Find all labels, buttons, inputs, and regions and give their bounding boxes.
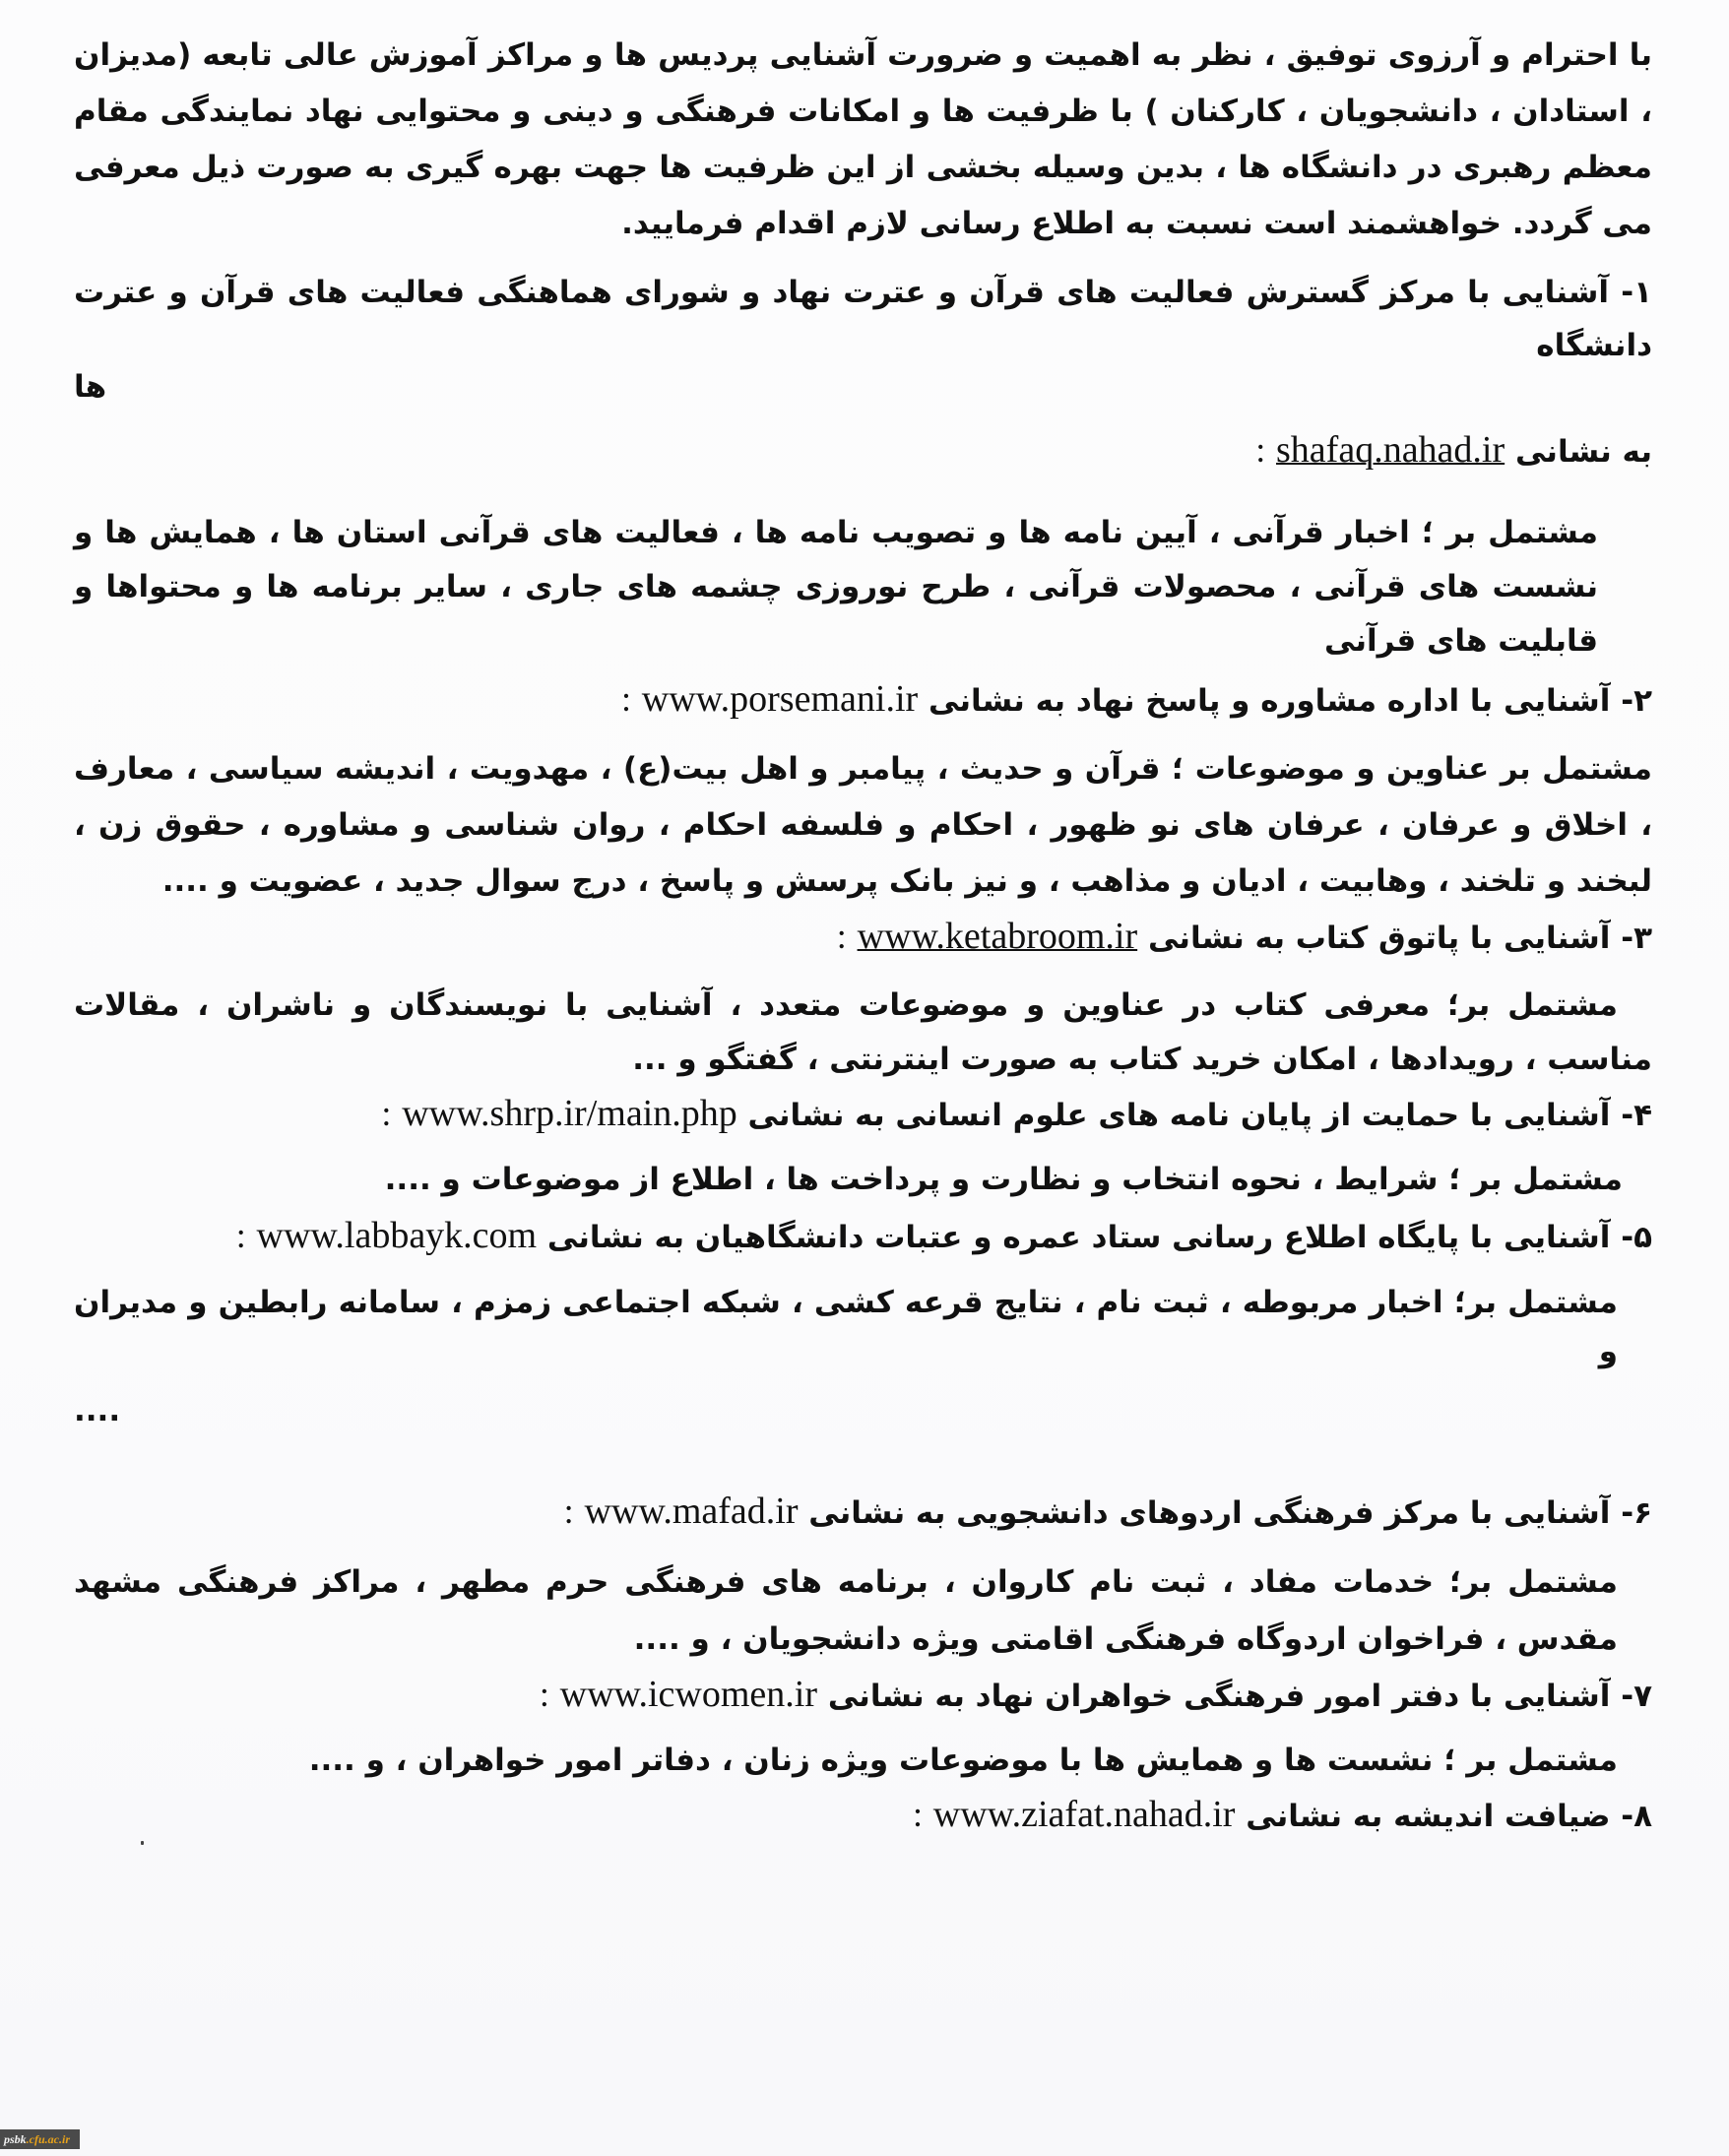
colon: : (913, 1795, 923, 1834)
intro-paragraph: با احترام و آرزوی توفیق ، نظر به اهمیت و… (74, 28, 1652, 252)
watermark-part-2: .cfu.ac.ir (27, 2132, 70, 2146)
url-link[interactable]: www.icwomen.ir (560, 1668, 817, 1721)
item-title: ضیافت اندیشه به نشانی (1246, 1799, 1610, 1834)
item-1-address: به نشانی shafaq.nahad.ir : (74, 423, 1652, 478)
url-link[interactable]: www.shrp.ir/main.php (402, 1087, 737, 1140)
url-link[interactable]: shafaq.nahad.ir (1276, 423, 1505, 476)
item-3-description: مشتمل بر؛ معرفی کتاب در عناوین و موضوعات… (74, 979, 1652, 1087)
item-1-title-tail: ها (74, 360, 1652, 413)
colon: : (236, 1216, 246, 1255)
item-number: ۱- (1621, 275, 1652, 310)
item-number: ۸- (1621, 1799, 1652, 1834)
url-link[interactable]: www.labbayk.com (257, 1209, 538, 1262)
url-link[interactable]: www.mafad.ir (584, 1485, 798, 1538)
colon: : (540, 1675, 549, 1714)
colon: : (381, 1094, 391, 1133)
item-3-heading: ۳- آشنایی با پاتوق کتاب به نشانی www.ket… (74, 910, 1652, 965)
item-title: آشنایی با مرکز فرهنگی اردوهای دانشجویی ب… (808, 1495, 1610, 1531)
item-title: آشنایی با دفتر امور فرهنگی خواهران نهاد … (828, 1679, 1611, 1714)
item-number: ۶- (1621, 1495, 1652, 1531)
item-number: ۷- (1621, 1679, 1652, 1714)
watermark-part-1: psbk (4, 2132, 27, 2146)
colon: : (837, 917, 847, 956)
item-6-description: مشتمل بر؛ خدمات مفاد ، ثبت نام کاروان ، … (74, 1554, 1652, 1668)
item-2-description: مشتمل بر عناوین و موضوعات ؛ قرآن و حدیث … (74, 741, 1652, 910)
item-number: ۳- (1621, 920, 1652, 956)
url-link[interactable]: www.ziafat.nahad.ir (933, 1788, 1236, 1841)
item-5-description-tail: .... (74, 1384, 1652, 1437)
item-5-description: مشتمل بر؛ اخبار مربوطه ، ثبت نام ، نتایج… (74, 1278, 1652, 1376)
colon: : (1255, 430, 1265, 470)
item-title: آشنایی با حمایت از پایان نامه های علوم ا… (748, 1098, 1611, 1133)
scan-speck (141, 1841, 144, 1845)
letter-body: با احترام و آرزوی توفیق ، نظر به اهمیت و… (74, 28, 1652, 1843)
item-4-description: مشتمل بر ؛ شرایط ، نحوه انتخاب و نظارت و… (74, 1156, 1652, 1203)
address-label: به نشانی (1515, 434, 1652, 470)
item-8-heading: ۸- ضیافت اندیشه به نشانی www.ziafat.naha… (74, 1788, 1652, 1843)
item-1-heading: ۱- آشنایی با مرکز گسترش فعالیت های قرآن … (74, 266, 1652, 372)
item-number: ۲- (1621, 683, 1652, 719)
item-7-description: مشتمل بر ؛ نشست ها و همایش ها با موضوعات… (74, 1737, 1652, 1784)
item-6-heading: ۶- آشنایی با مرکز فرهنگی اردوهای دانشجوی… (74, 1485, 1652, 1540)
scanned-page: با احترام و آرزوی توفیق ، نظر به اهمیت و… (0, 0, 1729, 2156)
item-7-heading: ۷- آشنایی با دفتر امور فرهنگی خواهران نه… (74, 1668, 1652, 1723)
item-number: ۴- (1621, 1098, 1652, 1133)
watermark-badge: psbk.cfu.ac.ir (0, 2129, 80, 2149)
item-title: آشنایی با مرکز گسترش فعالیت های قرآن و ع… (74, 275, 1652, 363)
item-5-heading: ۵- آشنایی با پایگاه اطلاع رسانی ستاد عمر… (74, 1209, 1652, 1264)
colon: : (564, 1491, 574, 1531)
url-link[interactable]: www.ketabroom.ir (858, 910, 1138, 963)
item-2-heading: ۲- آشنایی با اداره مشاوره و پاسخ نهاد به… (74, 672, 1652, 728)
item-title: آشنایی با اداره مشاوره و پاسخ نهاد به نش… (929, 683, 1610, 719)
url-link[interactable]: www.porsemani.ir (642, 672, 918, 726)
item-number: ۵- (1621, 1220, 1652, 1255)
item-title: آشنایی با پاتوق کتاب به نشانی (1148, 920, 1610, 956)
colon: : (621, 679, 631, 719)
item-1-description: مشتمل بر ؛ اخبار قرآنی ، آیین نامه ها و … (74, 506, 1652, 668)
item-title: آشنایی با پایگاه اطلاع رسانی ستاد عمره و… (547, 1220, 1611, 1255)
item-4-heading: ۴- آشنایی با حمایت از پایان نامه های علو… (74, 1087, 1652, 1142)
